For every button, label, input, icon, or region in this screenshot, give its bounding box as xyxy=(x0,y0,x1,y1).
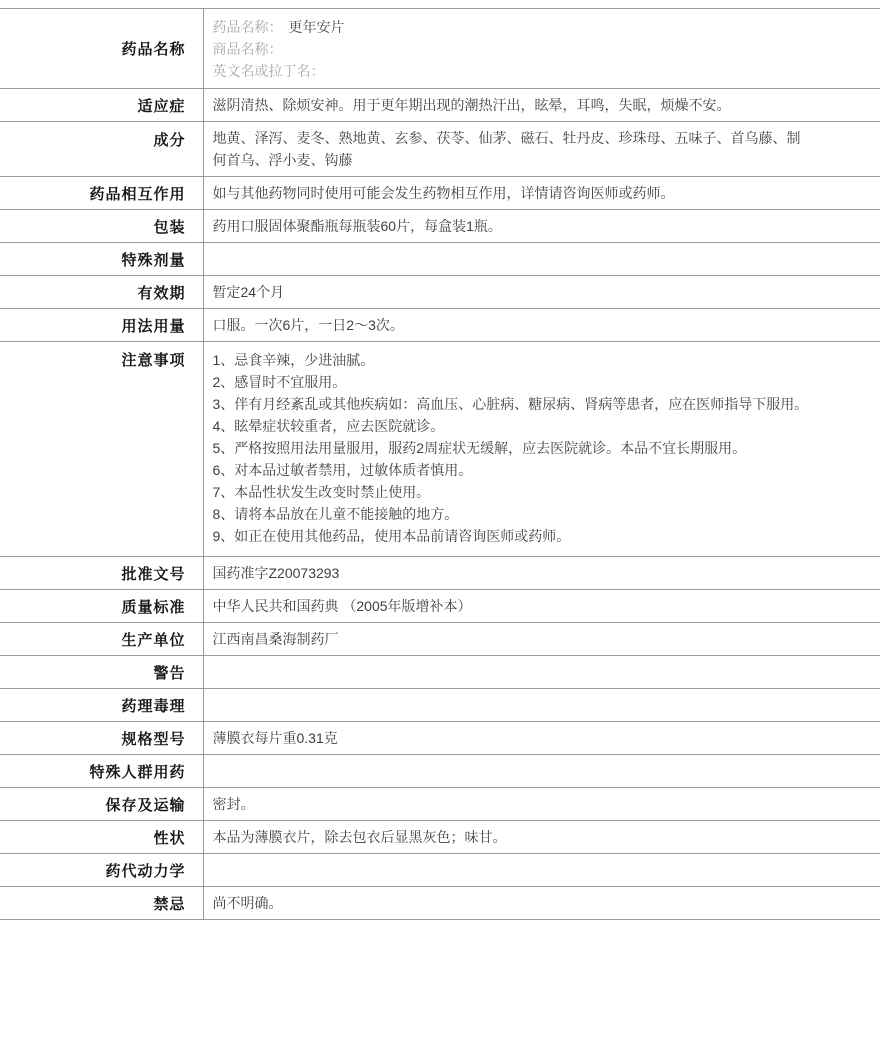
trade-name-line: 商品名称： xyxy=(213,38,871,60)
drug-info-table: 药品名称 药品名称：更年安片 商品名称： 英文名或拉丁名： 适应症 滋阴清热、除… xyxy=(0,8,880,920)
row-manufacturer: 生产单位 江西南昌桑海制药厂 xyxy=(0,623,880,656)
specification-label: 规格型号 xyxy=(0,722,203,755)
special-dosage-value xyxy=(203,243,880,276)
row-ingredients: 成分 地黄、泽泻、麦冬、熟地黄、玄参、茯苓、仙茅、磁石、牡丹皮、珍珠母、五味子、… xyxy=(0,122,880,177)
special-population-label: 特殊人群用药 xyxy=(0,755,203,788)
warning-label: 警告 xyxy=(0,656,203,689)
manufacturer-value: 江西南昌桑海制药厂 xyxy=(203,623,880,656)
drug-name-row-label: 药品名称 xyxy=(0,9,203,89)
warning-value xyxy=(203,656,880,689)
packaging-value: 药用口服固体聚酯瓶每瓶装60片，每盒装1瓶。 xyxy=(203,210,880,243)
approval-number-label: 批准文号 xyxy=(0,557,203,590)
interactions-label: 药品相互作用 xyxy=(0,177,203,210)
description-value: 本品为薄膜衣片，除去包衣后显黑灰色；味甘。 xyxy=(203,821,880,854)
shelf-life-label: 有效期 xyxy=(0,276,203,309)
english-name-sublabel: 英文名或拉丁名： xyxy=(213,63,325,79)
row-interactions: 药品相互作用 如与其他药物同时使用可能会发生药物相互作用，详情请咨询医师或药师。 xyxy=(0,177,880,210)
row-warning: 警告 xyxy=(0,656,880,689)
storage-label: 保存及运输 xyxy=(0,788,203,821)
specification-value: 薄膜衣每片重0.31克 xyxy=(203,722,880,755)
precaution-line: 4、眩晕症状较重者，应去医院就诊。 xyxy=(213,415,853,437)
row-pharmacokinetics: 药代动力学 xyxy=(0,854,880,887)
storage-value: 密封。 xyxy=(203,788,880,821)
special-population-value xyxy=(203,755,880,788)
precaution-line: 2、感冒时不宜服用。 xyxy=(213,371,853,393)
precaution-line: 6、对本品过敏者禁用，过敏体质者慎用。 xyxy=(213,459,853,481)
shelf-life-value: 暂定24个月 xyxy=(203,276,880,309)
generic-name-line: 药品名称：更年安片 xyxy=(213,16,871,38)
interactions-value: 如与其他药物同时使用可能会发生药物相互作用，详情请咨询医师或药师。 xyxy=(203,177,880,210)
pharmacokinetics-label: 药代动力学 xyxy=(0,854,203,887)
precaution-line: 5、严格按照用法用量服用，服药2周症状无缓解，应去医院就诊。本品不宜长期服用。 xyxy=(213,437,853,459)
trade-name-sublabel: 商品名称： xyxy=(213,41,283,57)
row-specification: 规格型号 薄膜衣每片重0.31克 xyxy=(0,722,880,755)
precaution-line: 3、伴有月经紊乱或其他疾病如：高血压、心脏病、糖尿病、肾病等患者，应在医师指导下… xyxy=(213,393,853,415)
precaution-line: 1、忌食辛辣，少进油腻。 xyxy=(213,349,853,371)
row-drug-name: 药品名称 药品名称：更年安片 商品名称： 英文名或拉丁名： xyxy=(0,9,880,89)
indications-label: 适应症 xyxy=(0,89,203,122)
row-special-population: 特殊人群用药 xyxy=(0,755,880,788)
dosage-label: 用法用量 xyxy=(0,309,203,342)
english-name-line: 英文名或拉丁名： xyxy=(213,60,871,82)
generic-name-value: 更年安片 xyxy=(289,19,345,35)
row-contraindications: 禁忌 尚不明确。 xyxy=(0,887,880,920)
ingredients-value: 地黄、泽泻、麦冬、熟地黄、玄参、茯苓、仙茅、磁石、牡丹皮、珍珠母、五味子、首乌藤… xyxy=(203,122,880,177)
row-approval-number: 批准文号 国药准字Z20073293 xyxy=(0,557,880,590)
quality-standard-label: 质量标准 xyxy=(0,590,203,623)
pharmacokinetics-value xyxy=(203,854,880,887)
row-indications: 适应症 滋阴清热、除烦安神。用于更年期出现的潮热汗出，眩晕，耳鸣，失眠，烦燥不安… xyxy=(0,89,880,122)
dosage-value: 口服。一次6片，一日2～3次。 xyxy=(203,309,880,342)
packaging-label: 包装 xyxy=(0,210,203,243)
approval-number-value: 国药准字Z20073293 xyxy=(203,557,880,590)
contraindications-label: 禁忌 xyxy=(0,887,203,920)
row-special-dosage: 特殊剂量 xyxy=(0,243,880,276)
precaution-list: 1、忌食辛辣，少进油腻。2、感冒时不宜服用。3、伴有月经紊乱或其他疾病如：高血压… xyxy=(213,349,853,547)
contraindications-value: 尚不明确。 xyxy=(203,887,880,920)
precautions-label: 注意事项 xyxy=(0,342,203,557)
row-shelf-life: 有效期 暂定24个月 xyxy=(0,276,880,309)
generic-name-sublabel: 药品名称： xyxy=(213,19,283,35)
precaution-line: 7、本品性状发生改变时禁止使用。 xyxy=(213,481,853,503)
indications-value: 滋阴清热、除烦安神。用于更年期出现的潮热汗出，眩晕，耳鸣，失眠，烦燥不安。 xyxy=(203,89,880,122)
drug-name-cell: 药品名称：更年安片 商品名称： 英文名或拉丁名： xyxy=(203,9,880,89)
precaution-line: 8、请将本品放在儿童不能接触的地方。 xyxy=(213,503,853,525)
quality-standard-value: 中华人民共和国药典 （2005年版增补本） xyxy=(203,590,880,623)
row-pharmacology: 药理毒理 xyxy=(0,689,880,722)
precaution-line: 9、如正在使用其他药品，使用本品前请咨询医师或药师。 xyxy=(213,525,853,547)
drug-information-page: 药品名称 药品名称：更年安片 商品名称： 英文名或拉丁名： 适应症 滋阴清热、除… xyxy=(0,0,880,920)
description-label: 性状 xyxy=(0,821,203,854)
pharmacology-label: 药理毒理 xyxy=(0,689,203,722)
row-storage: 保存及运输 密封。 xyxy=(0,788,880,821)
row-quality-standard: 质量标准 中华人民共和国药典 （2005年版增补本） xyxy=(0,590,880,623)
precautions-value: 1、忌食辛辣，少进油腻。2、感冒时不宜服用。3、伴有月经紊乱或其他疾病如：高血压… xyxy=(203,342,880,557)
row-dosage: 用法用量 口服。一次6片，一日2～3次。 xyxy=(0,309,880,342)
row-description: 性状 本品为薄膜衣片，除去包衣后显黑灰色；味甘。 xyxy=(0,821,880,854)
pharmacology-value xyxy=(203,689,880,722)
row-precautions: 注意事项 1、忌食辛辣，少进油腻。2、感冒时不宜服用。3、伴有月经紊乱或其他疾病… xyxy=(0,342,880,557)
ingredients-label: 成分 xyxy=(0,122,203,177)
special-dosage-label: 特殊剂量 xyxy=(0,243,203,276)
manufacturer-label: 生产单位 xyxy=(0,623,203,656)
row-packaging: 包装 药用口服固体聚酯瓶每瓶装60片，每盒装1瓶。 xyxy=(0,210,880,243)
